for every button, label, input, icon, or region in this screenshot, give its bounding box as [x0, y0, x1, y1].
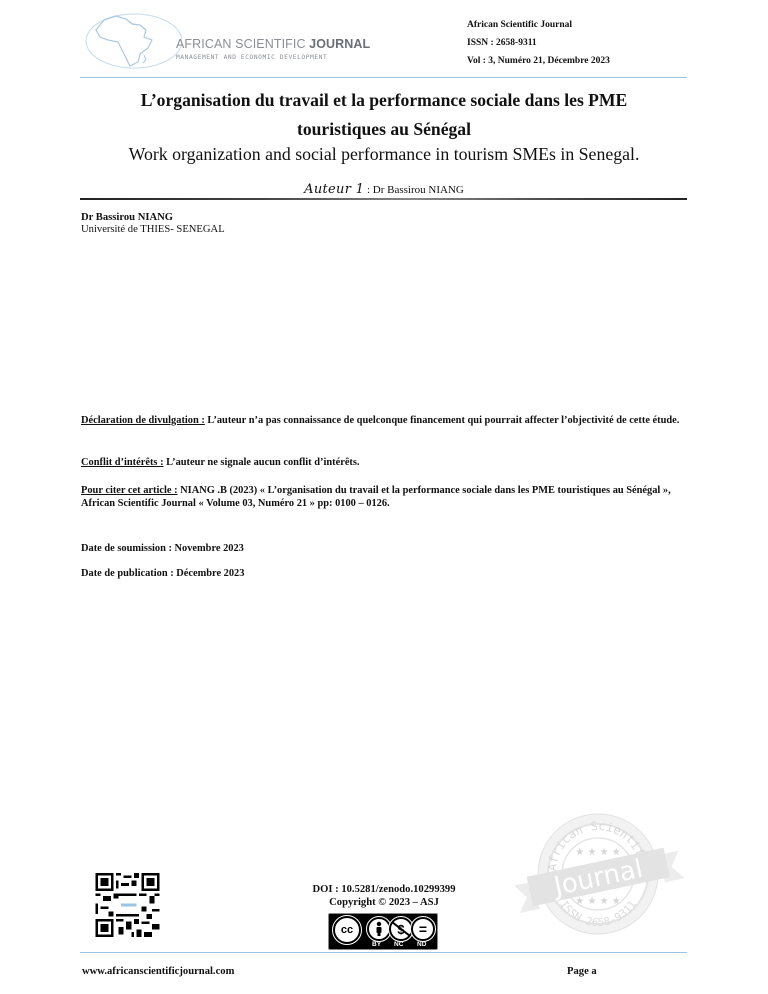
- affiliation: Dr Bassirou NIANG Université de THIES- S…: [81, 212, 225, 236]
- license-nd-label: ND: [417, 941, 426, 948]
- disclosure-text: L’auteur n’a pas connaissance de quelcon…: [205, 415, 680, 426]
- logo-brand-text: AFRICAN SCIENTIFIC JOURNAL: [176, 37, 370, 51]
- title-line-2: touristiques au Sénégal: [0, 115, 768, 144]
- logo-tagline: MANAGEMENT AND ECONOMIC DEVELOPMENT: [176, 54, 327, 61]
- no-derivatives-icon: =: [411, 917, 435, 941]
- license-nc-label: NC: [394, 941, 403, 948]
- author-name: Dr Bassirou NIANG: [373, 184, 464, 196]
- header-divider: [80, 77, 687, 78]
- svg-text:★ ★ ★ ★: ★ ★ ★ ★: [575, 896, 620, 907]
- conflict-text: L’auteur ne signale aucun conflit d’inté…: [164, 457, 360, 468]
- non-commercial-icon: $: [389, 917, 413, 941]
- conflict-statement: Conflit d’intérêts : L’auteur ne signale…: [81, 457, 681, 470]
- author-separator: :: [364, 184, 373, 196]
- footer-divider: [80, 952, 687, 953]
- cc-icon: cc: [333, 916, 361, 944]
- disclosure-statement: Déclaration de divulgation : L’auteur n’…: [81, 415, 681, 428]
- title-line-1: L’organisation du travail et la performa…: [0, 86, 768, 115]
- citation-statement: Pour citer cet article : NIANG .B (2023)…: [81, 485, 681, 510]
- article-title-french: L’organisation du travail et la performa…: [0, 86, 768, 144]
- cc-license-badge[interactable]: cc $ = BY NC ND: [328, 913, 438, 950]
- footer-page-number: Page a: [567, 966, 597, 977]
- disclosure-label: Déclaration de divulgation :: [81, 415, 205, 426]
- affiliation-name: Dr Bassirou NIANG: [81, 212, 225, 224]
- conflict-label: Conflit d’intérêts :: [81, 457, 164, 468]
- journal-seal-icon: African Scientific ISSN 2658-9311 ★ ★ ★ …: [504, 810, 689, 940]
- footer-website-link[interactable]: www.africanscientificjournal.com: [82, 966, 234, 977]
- journal-logo: AFRICAN SCIENTIFIC JOURNAL MANAGEMENT AN…: [82, 10, 322, 72]
- publication-date: Date de publication : Décembre 2023: [81, 568, 244, 579]
- citation-label: Pour citer cet article :: [81, 485, 178, 496]
- africa-map-icon: [82, 10, 182, 72]
- author-label: Auteur 1: [304, 182, 364, 197]
- journal-info: African Scientific Journal ISSN : 2658-9…: [467, 16, 610, 70]
- by-attribution-icon: [367, 917, 391, 941]
- journal-issn: ISSN : 2658-9311: [467, 34, 610, 52]
- author-divider: [80, 198, 687, 200]
- license-by-label: BY: [372, 941, 381, 948]
- journal-volume: Vol : 3, Numéro 21, Décembre 2023: [467, 52, 610, 70]
- svg-text:★ ★ ★ ★: ★ ★ ★ ★: [575, 847, 620, 858]
- affiliation-institution: Université de THIES- SENEGAL: [81, 224, 225, 236]
- article-title-english: Work organization and social performance…: [0, 143, 768, 165]
- submission-date: Date de soumission : Novembre 2023: [81, 543, 244, 554]
- author-line: Auteur 1 : Dr Bassirou NIANG: [0, 182, 768, 197]
- journal-name: African Scientific Journal: [467, 16, 610, 34]
